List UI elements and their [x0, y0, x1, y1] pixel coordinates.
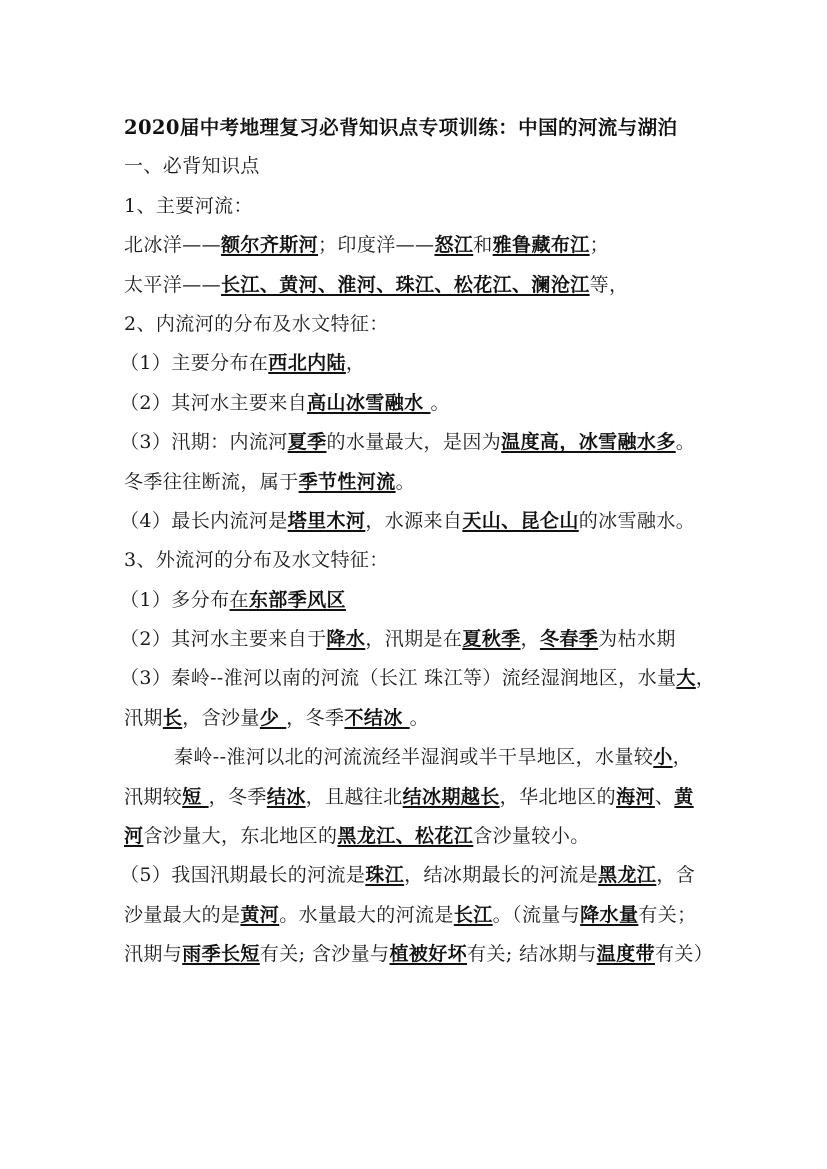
text-span: 汛期: [124, 707, 163, 729]
key-term: 小: [653, 746, 672, 768]
text-line: （2）其河水主要来自于降水，汛期是在夏秋季，冬春季为枯水期: [120, 620, 724, 659]
text-span: 。: [676, 431, 695, 453]
text-span: ，冬季: [209, 786, 267, 808]
text-span: 有关；: [638, 904, 696, 926]
text-span: 为枯水期: [598, 628, 676, 650]
key-term: 降水量: [580, 904, 638, 926]
key-term: 长江: [454, 904, 493, 926]
key-term: 夏秋季: [462, 628, 520, 650]
text-span: 。（流量与: [493, 904, 581, 926]
text-span: ，: [673, 746, 692, 768]
text-span: 2、内流河的分布及水文特征：: [124, 313, 389, 335]
key-term: 黑龙江、松花江: [337, 825, 473, 847]
text-span: 含沙量大，东北地区的: [143, 825, 337, 847]
key-term: 短: [182, 786, 208, 808]
text-span: 太平洋——: [124, 274, 221, 296]
key-term: 黄河: [240, 904, 279, 926]
text-span: 有关; 结冰期与: [467, 943, 597, 965]
text-line: （1）多分布在东部季风区: [120, 581, 724, 620]
key-term: 长: [163, 707, 182, 729]
text-line: 汛期与雨季长短有关; 含沙量与植被好坏有关; 结冰期与温度带有关）: [124, 935, 724, 974]
key-term: 雅鲁藏布江: [493, 234, 590, 256]
section-heading: 2、内流河的分布及水文特征：: [124, 305, 724, 344]
text-span: ，且越往北: [306, 786, 403, 808]
text-line: （3）汛期：内流河夏季的水量最大，是因为温度高，冰雪融水多。: [120, 423, 724, 462]
text-span: ，冬季: [286, 707, 344, 729]
text-span: 北冰洋——: [124, 234, 221, 256]
document-lines: 一、必背知识点1、主要河流：北冰洋——额尔齐斯河；印度洋——怒江和雅鲁藏布江；太…: [124, 147, 724, 974]
text-span: （2）其河水主要来自: [120, 392, 307, 414]
text-span: （1）主要分布在: [120, 352, 268, 374]
text-span: ，含: [656, 864, 695, 886]
text-line: （5）我国汛期最长的河流是珠江，结冰期最长的河流是黑龙江，含: [120, 856, 724, 895]
text-span: 汛期较: [124, 786, 182, 808]
text-span: 、: [655, 786, 674, 808]
text-span: 等，: [590, 274, 629, 296]
text-span: 有关）: [655, 943, 713, 965]
key-term: 温度带: [597, 943, 655, 965]
text-line: 北冰洋——额尔齐斯河；印度洋——怒江和雅鲁藏布江；: [124, 226, 724, 265]
key-term: 不结冰: [344, 707, 409, 729]
key-term: 温度高，冰雪融水多: [501, 431, 676, 453]
text-line: 汛期长，含沙量少 ，冬季不结冰 。: [124, 699, 724, 738]
text-span: ，汛期是在: [365, 628, 462, 650]
text-span: 秦岭--淮河以北的河流流经半湿润或半干旱地区，水量较: [174, 746, 653, 768]
key-term: 冬春季: [540, 628, 598, 650]
key-term: 塔里木河: [288, 510, 366, 532]
text-line: 太平洋——长江、黄河、淮河、珠江、松花江、澜沧江等，: [124, 266, 724, 305]
text-line: （4）最长内流河是塔里木河，水源来自天山、昆仑山的冰雪融水。: [120, 502, 724, 541]
key-term: 在: [230, 589, 249, 611]
document-title: 2020届中考地理复习必背知识点专项训练：中国的河流与湖泊: [124, 108, 724, 147]
text-line: 汛期较短 ，冬季结冰，且越往北结冰期越长，华北地区的海河、黄: [124, 778, 724, 817]
key-term: 河: [124, 825, 143, 847]
text-span: 沙量最大的是: [124, 904, 240, 926]
text-line: （1）主要分布在西北内陆，: [120, 344, 724, 383]
text-span: 的冰雪融水。: [579, 510, 695, 532]
key-term: 天山、昆仑山: [462, 510, 578, 532]
key-term: 额尔齐斯河: [221, 234, 318, 256]
text-span: 。: [410, 707, 429, 729]
key-term: 季节性河流: [299, 471, 396, 493]
text-span: 。: [396, 471, 415, 493]
text-span: （5）我国汛期最长的河流是: [120, 864, 365, 886]
text-span: ；印度洋——: [318, 234, 434, 256]
text-span: ，含沙量: [182, 707, 260, 729]
text-line: 沙量最大的是黄河。水量最大的河流是长江。（流量与降水量有关；: [124, 896, 724, 935]
text-span: 。水量最大的河流是: [279, 904, 454, 926]
text-span: ，水源来自: [365, 510, 462, 532]
text-span: 有关; 含沙量与: [260, 943, 390, 965]
text-span: 的水量最大，是因为: [327, 431, 502, 453]
text-span: ，: [696, 667, 715, 689]
section-heading: 1、主要河流：: [124, 187, 724, 226]
text-span: 3、外流河的分布及水文特征：: [124, 549, 389, 571]
section-heading: 一、必背知识点: [124, 147, 724, 186]
text-span: 冬季往往断流，属于: [124, 471, 299, 493]
text-line: （3）秦岭--淮河以南的河流（长江 珠江等）流经湿润地区，水量大，: [120, 659, 724, 698]
text-line: 秦岭--淮河以北的河流流经半湿润或半干旱地区，水量较小，: [124, 738, 724, 777]
section-heading: 3、外流河的分布及水文特征：: [124, 541, 724, 580]
key-term: 怒江: [434, 234, 473, 256]
key-term: 少: [260, 707, 286, 729]
key-term: 珠江: [365, 864, 404, 886]
key-term: 高山冰雪融水: [307, 392, 430, 414]
text-span: ；: [590, 234, 609, 256]
text-span: 。: [431, 392, 450, 414]
key-term: 海河: [616, 786, 655, 808]
key-term: 西北内陆: [268, 352, 346, 374]
key-term: 降水: [327, 628, 366, 650]
text-span: （3）汛期：内流河: [120, 431, 288, 453]
key-term: 雨季长短: [182, 943, 260, 965]
text-span: 一、必背知识点: [124, 155, 260, 177]
key-term: 夏季: [288, 431, 327, 453]
text-span: ，结冰期最长的河流是: [404, 864, 598, 886]
text-span: （4）最长内流河是: [120, 510, 288, 532]
text-line: 冬季往往断流，属于季节性河流。: [124, 463, 724, 502]
key-term: 东部季风区: [249, 589, 346, 611]
text-span: （2）其河水主要来自于: [120, 628, 327, 650]
text-span: 和: [473, 234, 492, 256]
key-term: 黄: [674, 786, 693, 808]
text-line: （2）其河水主要来自高山冰雪融水 。: [120, 384, 724, 423]
text-span: ，: [346, 352, 365, 374]
text-line: 河含沙量大，东北地区的黑龙江、松花江含沙量较小。: [124, 817, 724, 856]
key-term: 植被好坏: [389, 943, 467, 965]
document-body: 2020届中考地理复习必背知识点专项训练：中国的河流与湖泊 一、必背知识点1、主…: [124, 108, 724, 975]
text-span: 汛期与: [124, 943, 182, 965]
key-term: 黑龙江: [598, 864, 656, 886]
key-term: 大: [676, 667, 695, 689]
key-term: 结冰: [267, 786, 306, 808]
text-span: （1）多分布: [120, 589, 230, 611]
text-span: ，: [521, 628, 540, 650]
text-span: 含沙量较小。: [473, 825, 589, 847]
text-span: 1、主要河流：: [124, 195, 253, 217]
key-term: 长江、黄河、淮河、珠江、松花江、澜沧江: [221, 274, 590, 296]
text-span: （3）秦岭--淮河以南的河流（长江 珠江等）流经湿润地区，水量: [120, 667, 676, 689]
key-term: 结冰期越长: [403, 786, 500, 808]
text-span: ，华北地区的: [500, 786, 616, 808]
document-page: 2020届中考地理复习必背知识点专项训练：中国的河流与湖泊 一、必背知识点1、主…: [0, 0, 827, 1169]
